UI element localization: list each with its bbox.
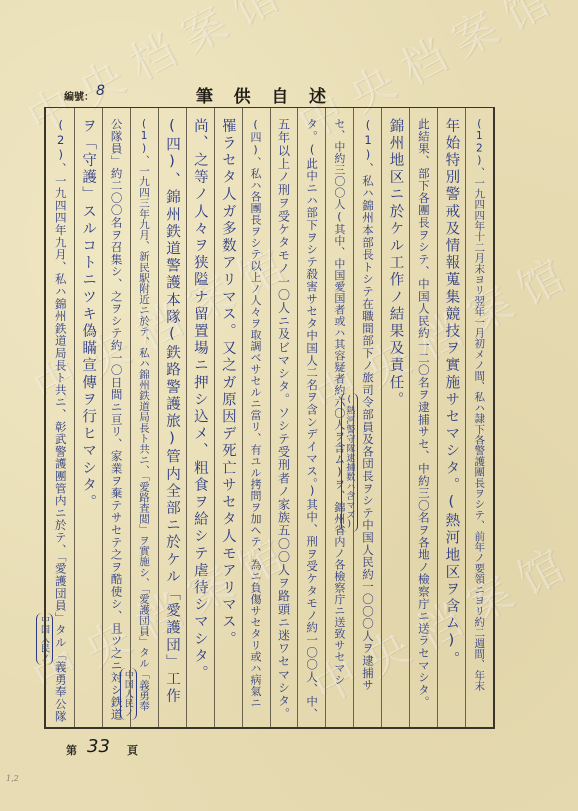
page-prefix: 第 [66,742,77,758]
column-text: 錦州地区ニ於ケル工作ノ結果及責任。 [388,118,403,409]
text-column: 錦州地区ニ於ケル工作ノ結果及責任。 [381,118,409,724]
text-column: 罹ラセタ人ガ多数アリマス。又之ガ原因デ死亡サセタ人モアリマス。 [214,118,242,724]
text-column: (12)、一九四四年十二月末ヨリ翌年一月初メノ間、私ハ隷下各警護團長ヲシテ、前年… [465,118,493,724]
text-column: 此結果、部下各團長ヲシテ、中国人民約一二〇名ヲ逮捕サセ、中約三〇名ヲ各地ノ檢察庁… [409,118,437,724]
serial-label: 編號： [64,88,94,103]
marginal-annotation: 中国人民ノ [36,613,53,665]
column-text: 五年以上ノ刑ヲ受ケタモノ一〇人ニ及ビマシタ。ソシテ受刑者ノ家族五〇〇人ヲ路頭ニ迷… [277,118,289,721]
column-text: (2)、一九四四年九月、私ハ錦州鉄道局長ト共ニ、彰武警護團管内ニ於テ、「愛護団員… [54,118,66,722]
column-text: (四)、私ハ各團長ヲシテ以上ノ人々ヲ取調ベサセルニ當リ、有ユル拷問ヲ加ヘテ、為ニ… [250,118,261,709]
form-title-char: 筆 [196,82,213,107]
text-column: (四)、私ハ各團長ヲシテ以上ノ人々ヲ取調ベサセルニ當リ、有ユル拷問ヲ加ヘテ、為ニ… [242,118,270,724]
column-text: 罹ラセタ人ガ多数アリマス。又之ガ原因デ死亡サセタ人モアリマス。 [220,118,235,648]
page-footer: 第 33 頁 [0,736,578,760]
form-title-char: 自 [271,82,288,107]
column-text: ヲ「守護」スルコトニツキ偽瞞宣傳ヲ行ヒマシタ。 [81,118,96,511]
text-column: 五年以上ノ刑ヲ受ケタモノ一〇人ニ及ビマシタ。ソシテ受刑者ノ家族五〇〇人ヲ路頭ニ迷… [269,118,297,724]
column-text: (1)、私ハ錦州本部長トシテ在職間部下ノ旅司令部員及各団長ヲシテ中国人民約一〇〇… [362,118,374,691]
column-text: タ。(此中ニハ部下ヲシテ殺害サセタ中国人二名ヲ含ンデイマス。)其中、刑ヲ受ケタモ… [306,118,318,720]
writing-grid: (12)、一九四四年十二月末ヨリ翌年一月初メノ間、私ハ隷下各警護團長ヲシテ、前年… [44,107,495,729]
column-text: (1)、一九四三年九月、新民駅附近ニ於テ、私ハ錦州鉄道局長ト共ニ、「愛路査閲」ヲ… [139,118,150,711]
text-column: 尚、之等ノ人々ヲ狭隘ナ留置場ニ押シ込メ、粗食ヲ給シテ虐待シマシタ。 [186,118,214,724]
form-title-char: 述 [309,82,326,107]
form-title-char: 供 [234,82,251,107]
text-column: タ。(此中ニハ部下ヲシテ殺害サセタ中国人二名ヲ含ンデイマス。)其中、刑ヲ受ケタモ… [297,118,325,724]
text-column: 年始特別警戒及情報蒐集競技ヲ實施サセマシタ。(熱河地区ヲ含ム)。 [437,118,465,724]
text-column: 公隊員」約二〇〇名ヲ召集シ、之ヲシテ約一〇日間ニ亘リ、家業ヲ棄テサセテ之ヲ酷使シ… [102,118,130,724]
page-suffix: 頁 [127,742,138,758]
column-text: 尚、之等ノ人々ヲ狭隘ナ留置場ニ押シ込メ、粗食ヲ給シテ虐待シマシタ。 [192,118,207,682]
document-page: 中央档案馆 中央档案馆 中央档案馆 中央档案馆 中央档案馆 中央档案馆 編號： … [0,0,578,811]
marginal-annotation: (熱河警守隊逮捕数ハ含マズ) [341,393,358,532]
column-text: 公隊員」約二〇〇名ヲ召集シ、之ヲシテ約一〇日間ニ亘リ、家業ヲ棄テサセテ之ヲ酷使シ… [110,118,122,721]
text-column: (四)、錦州鉄道警護本隊(鉄路警護旅)管内全部ニ於ケル「愛護団」工作 [158,118,186,724]
column-text: (12)、一九四四年十二月末ヨリ翌年一月初メノ間、私ハ隷下各警護團長ヲシテ、前年… [474,118,485,691]
serial-value: 8 [96,83,105,99]
column-text: (四)、錦州鉄道警護本隊(鉄路警護旅)管内全部ニ於ケル「愛護団」工作 [164,118,179,705]
form-header: 編號： 8 筆 供 自 述 [0,80,578,104]
marginal-annotation: 中国人民ノ [120,668,137,720]
pencil-mark: 1,2 [6,774,19,783]
text-column: (1)、一九四三年九月、新民駅附近ニ於テ、私ハ錦州鉄道局長ト共ニ、「愛路査閲」ヲ… [130,118,158,724]
column-text: 此結果、部下各團長ヲシテ、中国人民約一二〇名ヲ逮捕サセ、中約三〇名ヲ各地ノ檢察庁… [417,118,429,708]
form-title: 筆 供 自 述 [196,82,326,107]
page-number: 33 [87,736,110,757]
column-text: 年始特別警戒及情報蒐集競技ヲ實施サセマシタ。(熱河地区ヲ含ム)。 [444,118,459,668]
text-column: ヲ「守護」スルコトニツキ偽瞞宣傳ヲ行ヒマシタ。 [74,118,102,724]
